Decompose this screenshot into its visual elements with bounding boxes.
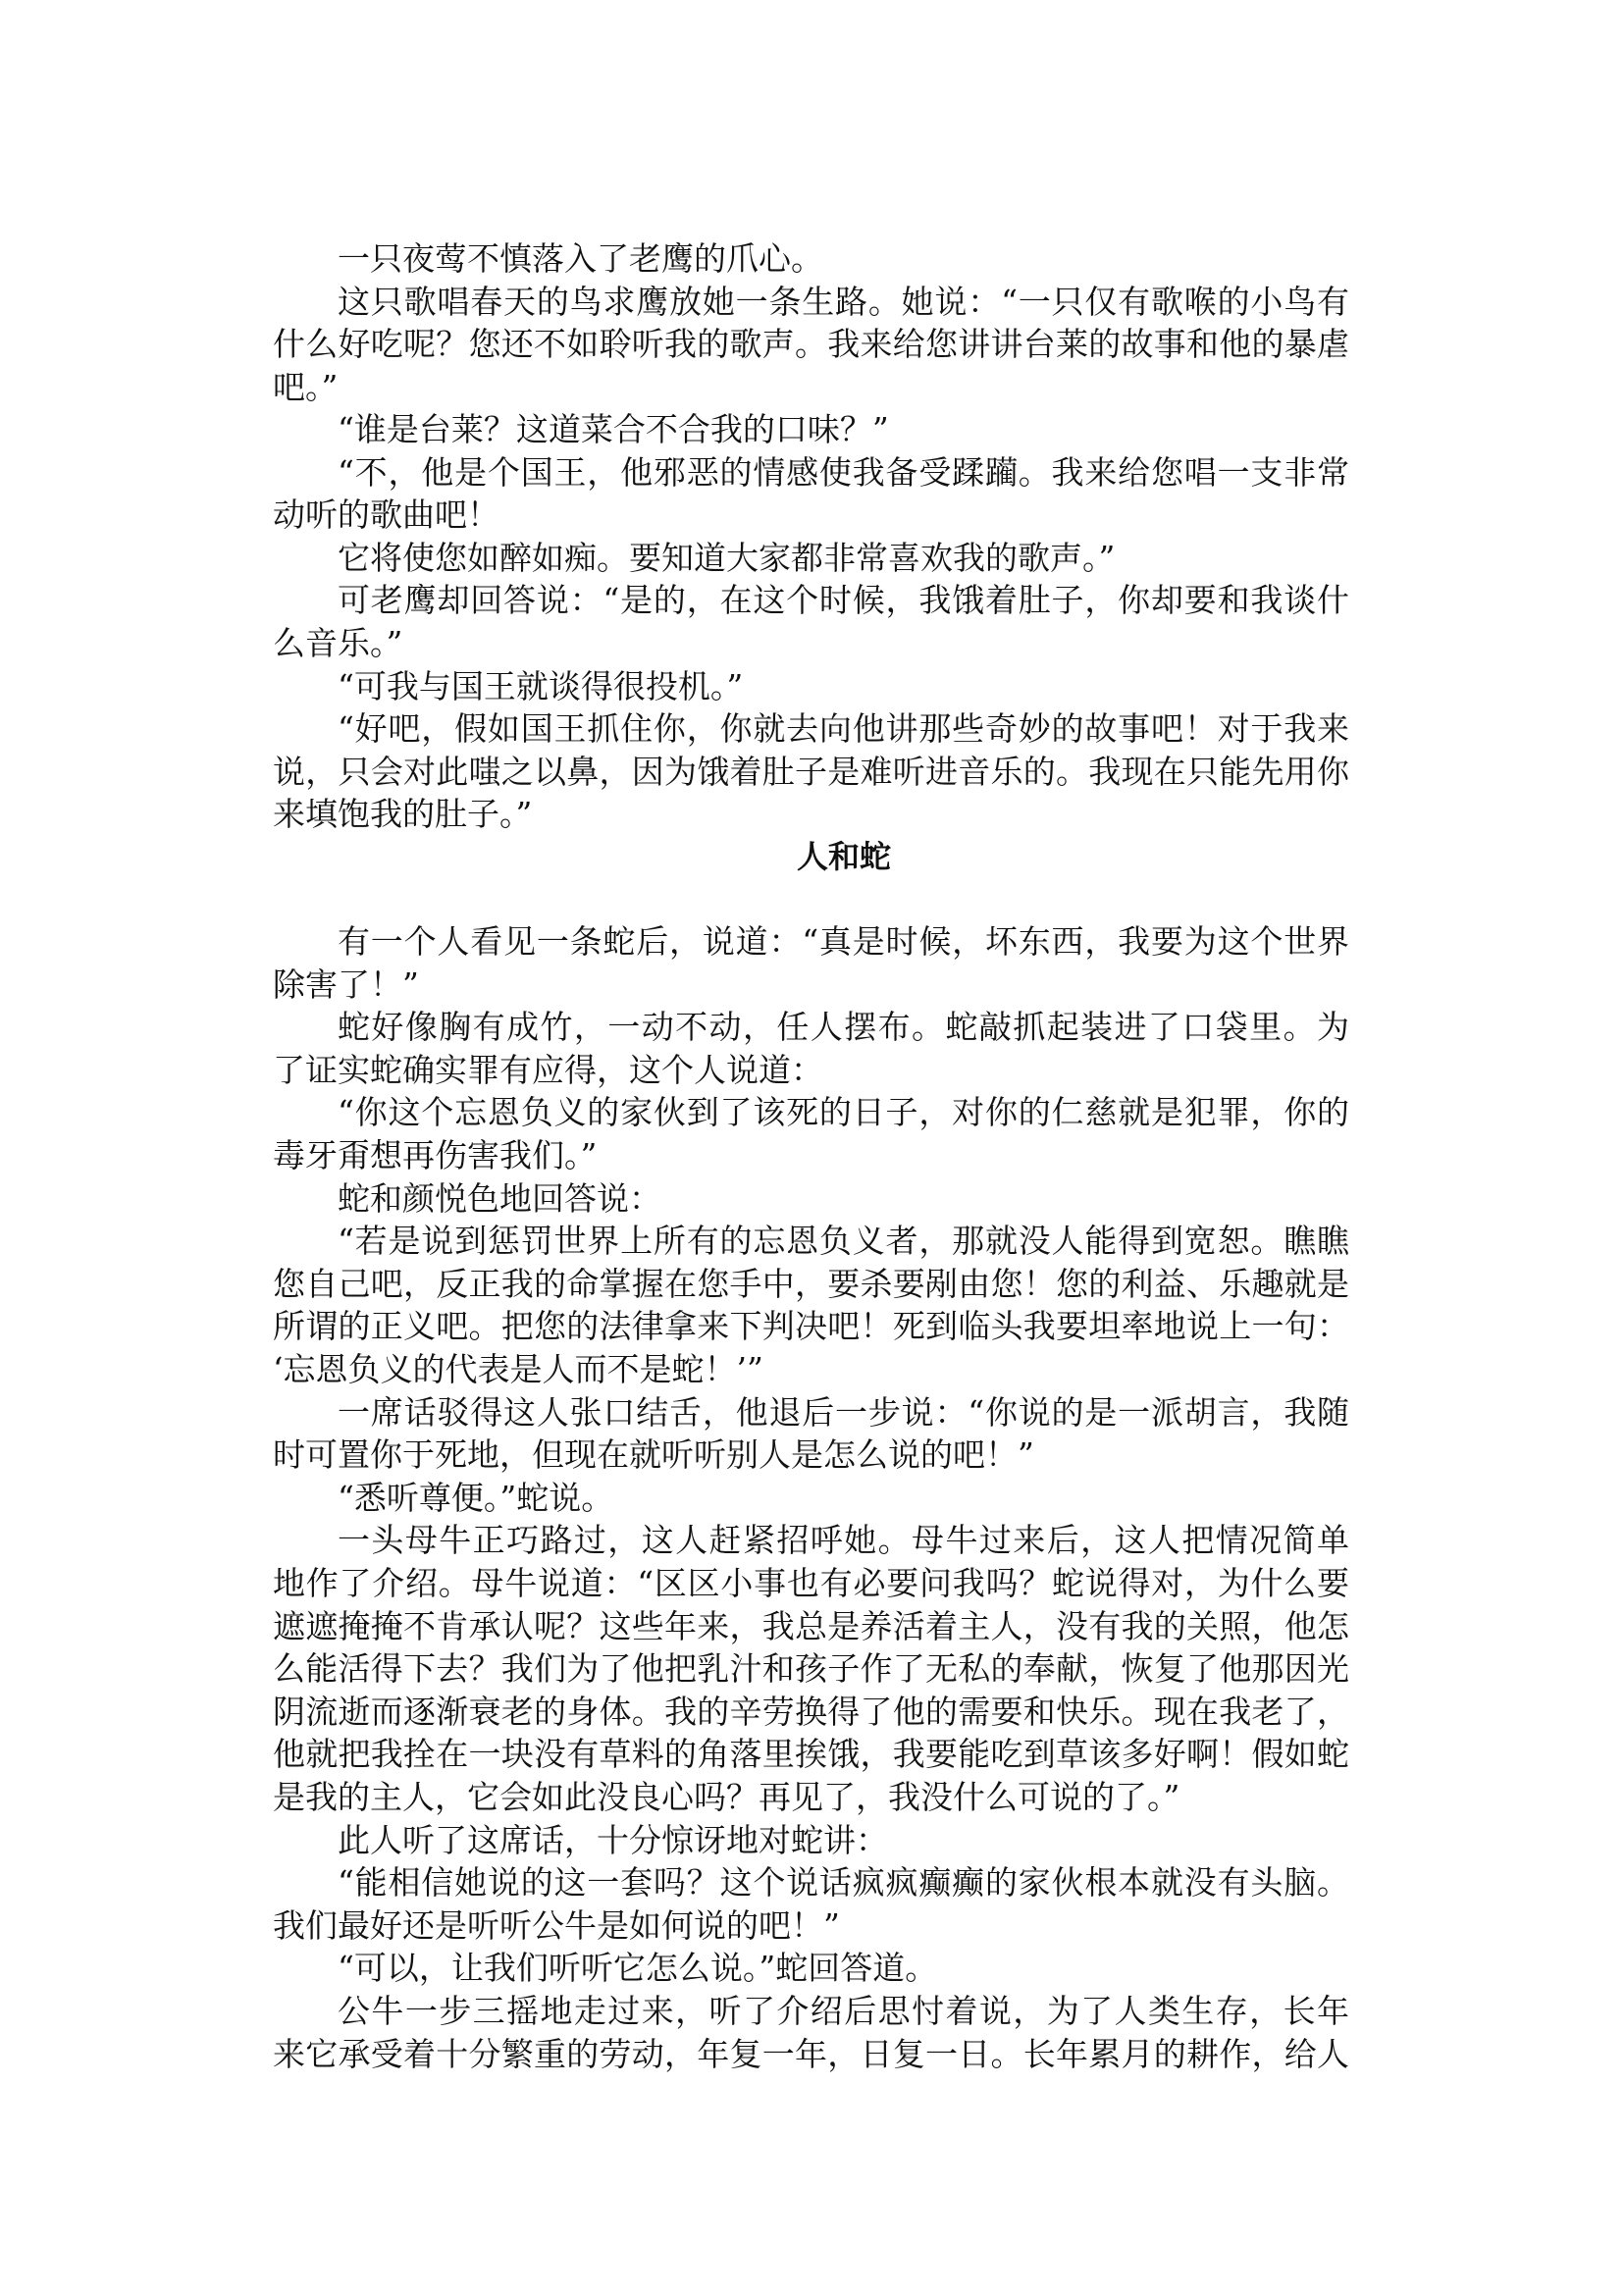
paragraph-line: 时可置你于死地，但现在就听听别人是怎么说的吧！” bbox=[273, 1435, 1349, 1475]
paragraph-line: 动听的歌曲吧！ bbox=[273, 495, 1349, 535]
paragraph-line: 所谓的正义吧。把您的法律拿来下判决吧！死到临头我要坦率地说上一句： bbox=[273, 1307, 1349, 1346]
paragraph-line: 一头母牛正巧路过，这人赶紧招呼她。母牛过来后，这人把情况简单 bbox=[273, 1521, 1349, 1560]
paragraph-line: ‘忘恩负义的代表是人而不是蛇！’” bbox=[273, 1350, 1349, 1389]
paragraph-line: 可老鹰却回答说：“是的，在这个时候，我饿着肚子，你却要和我谈什 bbox=[273, 581, 1349, 620]
paragraph-line: 他就把我拴在一块没有草料的角落里挨饿，我要能吃到草该多好啊！假如蛇 bbox=[273, 1735, 1349, 1774]
document-page: 一只夜莺不慎落入了老鹰的爪心。 这只歌唱春天的鸟求鹰放她一条生路。她说：“一只仅… bbox=[0, 0, 1624, 2294]
paragraph-line: 了证实蛇确实罪有应得，这个人说道： bbox=[273, 1051, 1349, 1090]
paragraph-line: 毒牙甭想再伤害我们。” bbox=[273, 1136, 1349, 1175]
paragraph-line: 来它承受着十分繁重的劳动，年复一年，日复一日。长年累月的耕作，给人 bbox=[273, 2035, 1349, 2074]
paragraph-line: 公牛一步三摇地走过来，听了介绍后思忖着说，为了人类生存，长年 bbox=[273, 1992, 1349, 2031]
paragraph-line: 蛇和颜悦色地回答说： bbox=[273, 1179, 1349, 1219]
paragraph-line: “你这个忘恩负义的家伙到了该死的日子，对你的仁慈就是犯罪，你的 bbox=[273, 1093, 1349, 1132]
paragraph-line: 一席话驳得这人张口结舌，他退后一步说：“你说的是一派胡言，我随 bbox=[273, 1393, 1349, 1433]
paragraph-line: 一只夜莺不慎落入了老鹰的爪心。 bbox=[273, 239, 1349, 279]
paragraph-line: 我们最好还是听听公牛是如何说的吧！” bbox=[273, 1906, 1349, 1946]
paragraph-line: 么能活得下去？我们为了他把乳汁和孩子作了无私的奉献，恢复了他那因光 bbox=[273, 1649, 1349, 1689]
section-title: 人和蛇 bbox=[687, 839, 1001, 874]
paragraph-line: 么音乐。” bbox=[273, 624, 1349, 663]
paragraph-line: 有一个人看见一条蛇后，说道：“真是时候，坏东西，我要为这个世界 bbox=[273, 922, 1349, 962]
paragraph-line: 它将使您如醉如痴。要知道大家都非常喜欢我的歌声。” bbox=[273, 539, 1349, 578]
paragraph-line: “不，他是个国王，他邪恶的情感使我备受蹂躏。我来给您唱一支非常 bbox=[273, 453, 1349, 493]
paragraph-line: “谁是台莱？这道菜合不合我的口味？” bbox=[273, 410, 1349, 449]
paragraph-line: “能相信她说的这一套吗？这个说话疯疯癫癫的家伙根本就没有头脑。 bbox=[273, 1863, 1349, 1903]
paragraph-line: 遮遮掩掩不肯承认呢？这些年来，我总是养活着主人，没有我的关照，他怎 bbox=[273, 1607, 1349, 1646]
paragraph-line: 除害了！” bbox=[273, 965, 1349, 1005]
paragraph-line: 说，只会对此嗤之以鼻，因为饿着肚子是难听进音乐的。我现在只能先用你 bbox=[273, 753, 1349, 792]
paragraph-line: 蛇好像胸有成竹，一动不动，任人摆布。蛇敲抓起装进了口袋里。为 bbox=[273, 1008, 1349, 1047]
paragraph-line: “可以，让我们听听它怎么说。”蛇回答道。 bbox=[273, 1949, 1349, 1988]
paragraph-line: 此人听了这席话，十分惊讶地对蛇讲： bbox=[273, 1821, 1349, 1860]
paragraph-line: 这只歌唱春天的鸟求鹰放她一条生路。她说：“一只仅有歌喉的小鸟有 bbox=[273, 283, 1349, 322]
paragraph-line: 阴流逝而逐渐衰老的身体。我的辛劳换得了他的需要和快乐。现在我老了， bbox=[273, 1693, 1349, 1732]
paragraph-line: 地作了介绍。母牛说道：“区区小事也有必要问我吗？蛇说得对，为什么要 bbox=[273, 1564, 1349, 1603]
paragraph-line: 吧。” bbox=[273, 368, 1349, 407]
paragraph-line: 是我的主人，它会如此没良心吗？再见了，我没什么可说的了。” bbox=[273, 1778, 1349, 1817]
paragraph-line: 您自己吧，反正我的命掌握在您手中，要杀要剐由您！您的利益、乐趣就是 bbox=[273, 1265, 1349, 1304]
paragraph-line: “悉听尊便。”蛇说。 bbox=[273, 1479, 1349, 1518]
paragraph-line: 来填饱我的肚子。” bbox=[273, 795, 1349, 834]
paragraph-line: “好吧，假如国王抓住你，你就去向他讲那些奇妙的故事吧！对于我来 bbox=[273, 709, 1349, 749]
paragraph-line: 什么好吃呢？您还不如聆听我的歌声。我来给您讲讲台莱的故事和他的暴虐 bbox=[273, 325, 1349, 364]
paragraph-line: “若是说到惩罚世界上所有的忘恩负义者，那就没人能得到宽恕。瞧瞧 bbox=[273, 1222, 1349, 1261]
paragraph-line: “可我与国王就谈得很投机。” bbox=[273, 667, 1349, 706]
